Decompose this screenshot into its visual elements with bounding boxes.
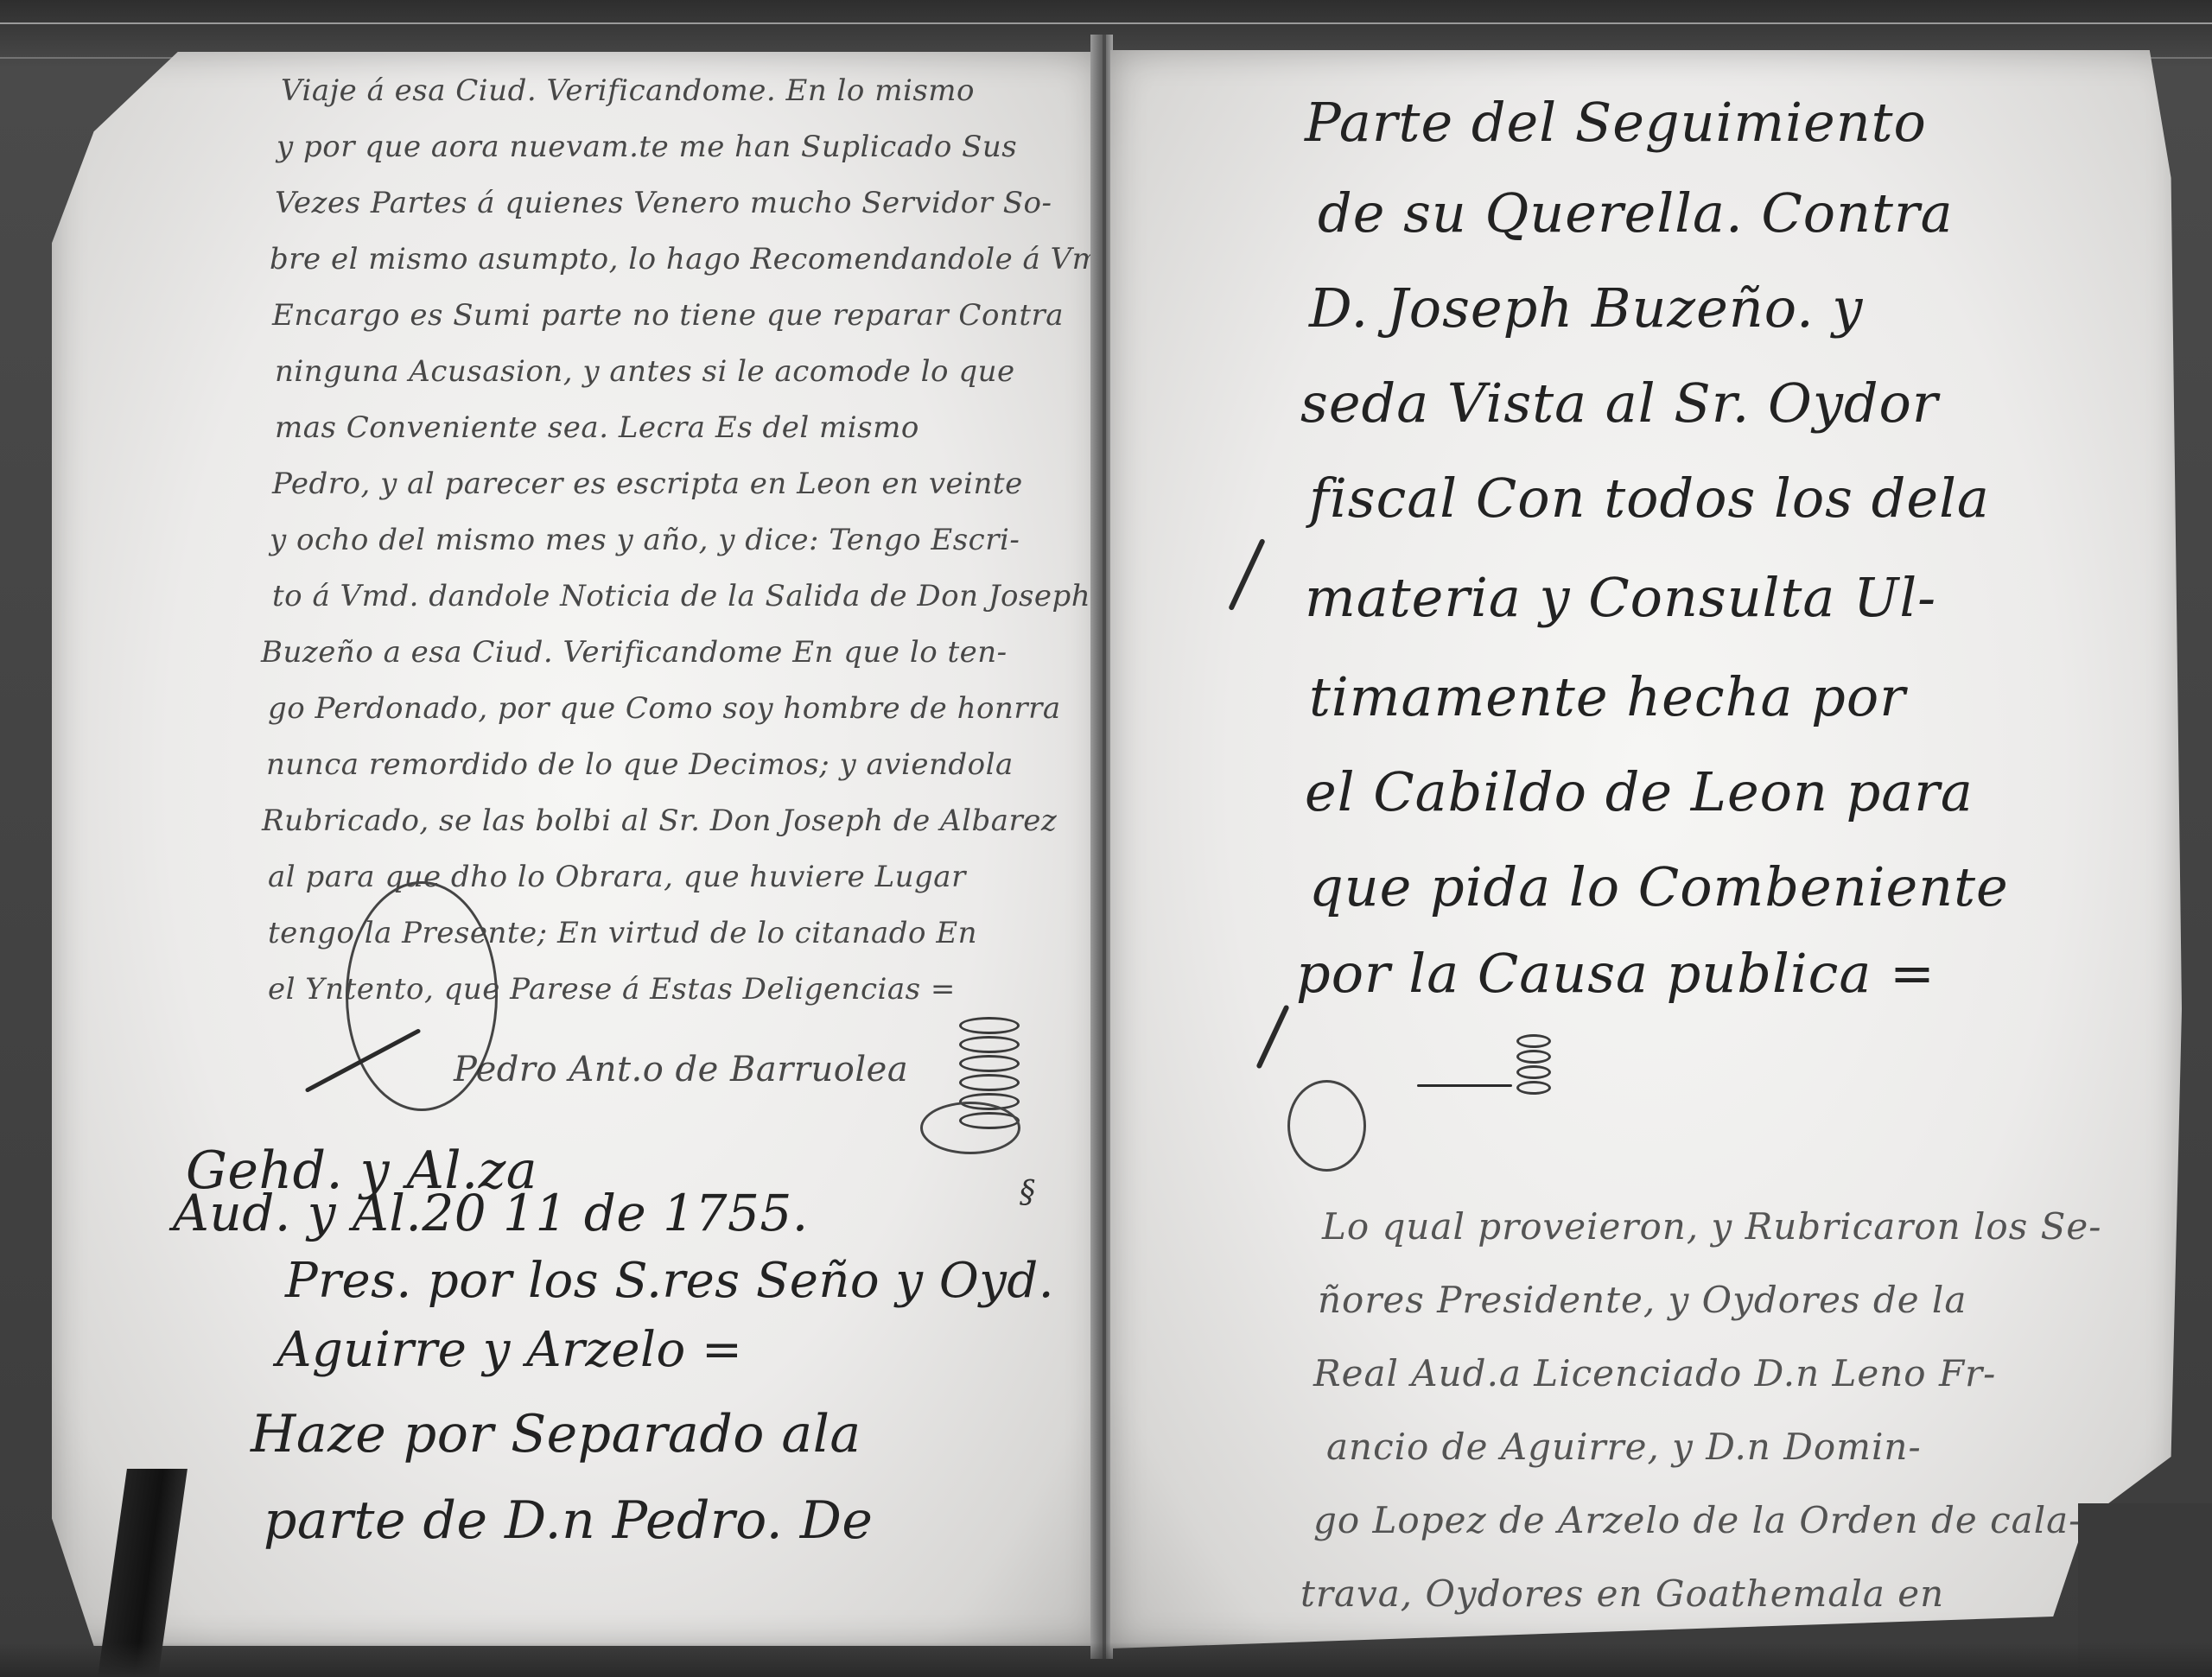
left-line-13: nunca remordido de lo que Decimos; y avi… — [266, 747, 1014, 782]
left-line-2: y por que aora nuevam.te me han Suplicad… — [276, 130, 1017, 164]
left-line-1: Viaje á esa Ciud. Verificandome. En lo m… — [281, 73, 975, 108]
notation-date-text: Aud. y Al.20 11 de 1755. — [173, 1184, 809, 1242]
attestation-line-6: trava, Oydores en Goathemala en — [1300, 1572, 1944, 1615]
left-line-7: mas Conveniente sea. Lecra Es del mismo — [275, 410, 919, 445]
margin-mark: § — [1020, 1175, 1035, 1210]
right-line-1: Parte del Seguimiento — [1305, 91, 1927, 154]
decree-line-1: Haze por Separado ala — [251, 1404, 861, 1464]
right-line-4: seda Vista al Sr. Oydor — [1300, 372, 1939, 435]
attestation-line-1: Lo qual proveieron, y Rubricaron los Se- — [1322, 1205, 2101, 1248]
right-line-10: por la Causa publica = — [1296, 942, 1935, 1005]
right-line-5: fiscal Con todos los dela — [1309, 467, 1990, 530]
right-line-9: que pida lo Combeniente — [1309, 855, 2009, 918]
notation-date-line: Aud. y Al.20 11 de 1755. — [173, 1184, 809, 1242]
book-gutter — [1090, 35, 1113, 1659]
bottom-edge-shadow — [0, 1642, 2212, 1677]
left-line-3: Vezes Partes á quienes Venero mucho Serv… — [275, 186, 1052, 220]
left-line-6: ninguna Acusasion, y antes si le acomode… — [275, 354, 1015, 389]
right-line-6: materia y Consulta Ul- — [1305, 566, 1936, 629]
attestation-line-2: ñores Presidente, y Oydores de la — [1318, 1279, 1967, 1321]
left-line-10: to á Vmd. dandole Noticia de la Salida d… — [272, 579, 1090, 613]
attestation-line-5: go Lopez de Arzelo de la Orden de cala- — [1313, 1499, 2082, 1541]
attestation-line-3: Real Aud.a Licenciado D.n Leno Fr- — [1313, 1352, 1996, 1394]
gutter-fold-line — [1103, 35, 1106, 1659]
signature: Pedro Ant.o de Barruolea — [454, 1050, 908, 1089]
right-line-7: timamente hecha por — [1309, 665, 1906, 728]
left-line-4: bre el mismo asumpto, lo hago Recomendan… — [270, 242, 1110, 276]
rubric-underline — [1417, 1084, 1512, 1087]
notation-line-4: Aguirre y Arzelo = — [276, 1322, 742, 1378]
decree-line-2: parte de D.n Pedro. De — [264, 1490, 873, 1551]
scan-artifact-line — [0, 22, 2212, 24]
left-line-5: Encargo es Sumi parte no tiene que repar… — [272, 298, 1064, 333]
rubric-mark-label: Rubrica — [1300, 1102, 1421, 1136]
left-line-11: Buzeño a esa Ciud. Verificandome En que … — [261, 635, 1007, 670]
left-line-12: go Perdonado, por que Como soy hombre de… — [268, 691, 1061, 726]
rubric-icon — [1516, 1032, 1551, 1096]
left-line-9: y ocho del mismo mes y año, y dice: Teng… — [270, 523, 1020, 557]
rubric-base-loop — [920, 1102, 1020, 1154]
right-line-2: de su Querella. Contra — [1318, 181, 1954, 245]
left-line-14: Rubricado, se las bolbi al Sr. Don Josep… — [262, 804, 1057, 838]
left-line-8: Pedro, y al parecer es escripta en Leon … — [272, 467, 1023, 501]
right-line-3: D. Joseph Buzeño. y — [1309, 276, 1863, 340]
left-line-15: al para que dho lo Obrara, que huviere L… — [268, 860, 966, 894]
notation-line-3: Pres. por los S.res Seño y Oyd. — [285, 1253, 1054, 1309]
attestation-line-4: ancio de Aguirre, y D.n Domin- — [1326, 1426, 1922, 1468]
right-line-8: el Cabildo de Leon para — [1305, 760, 1974, 823]
